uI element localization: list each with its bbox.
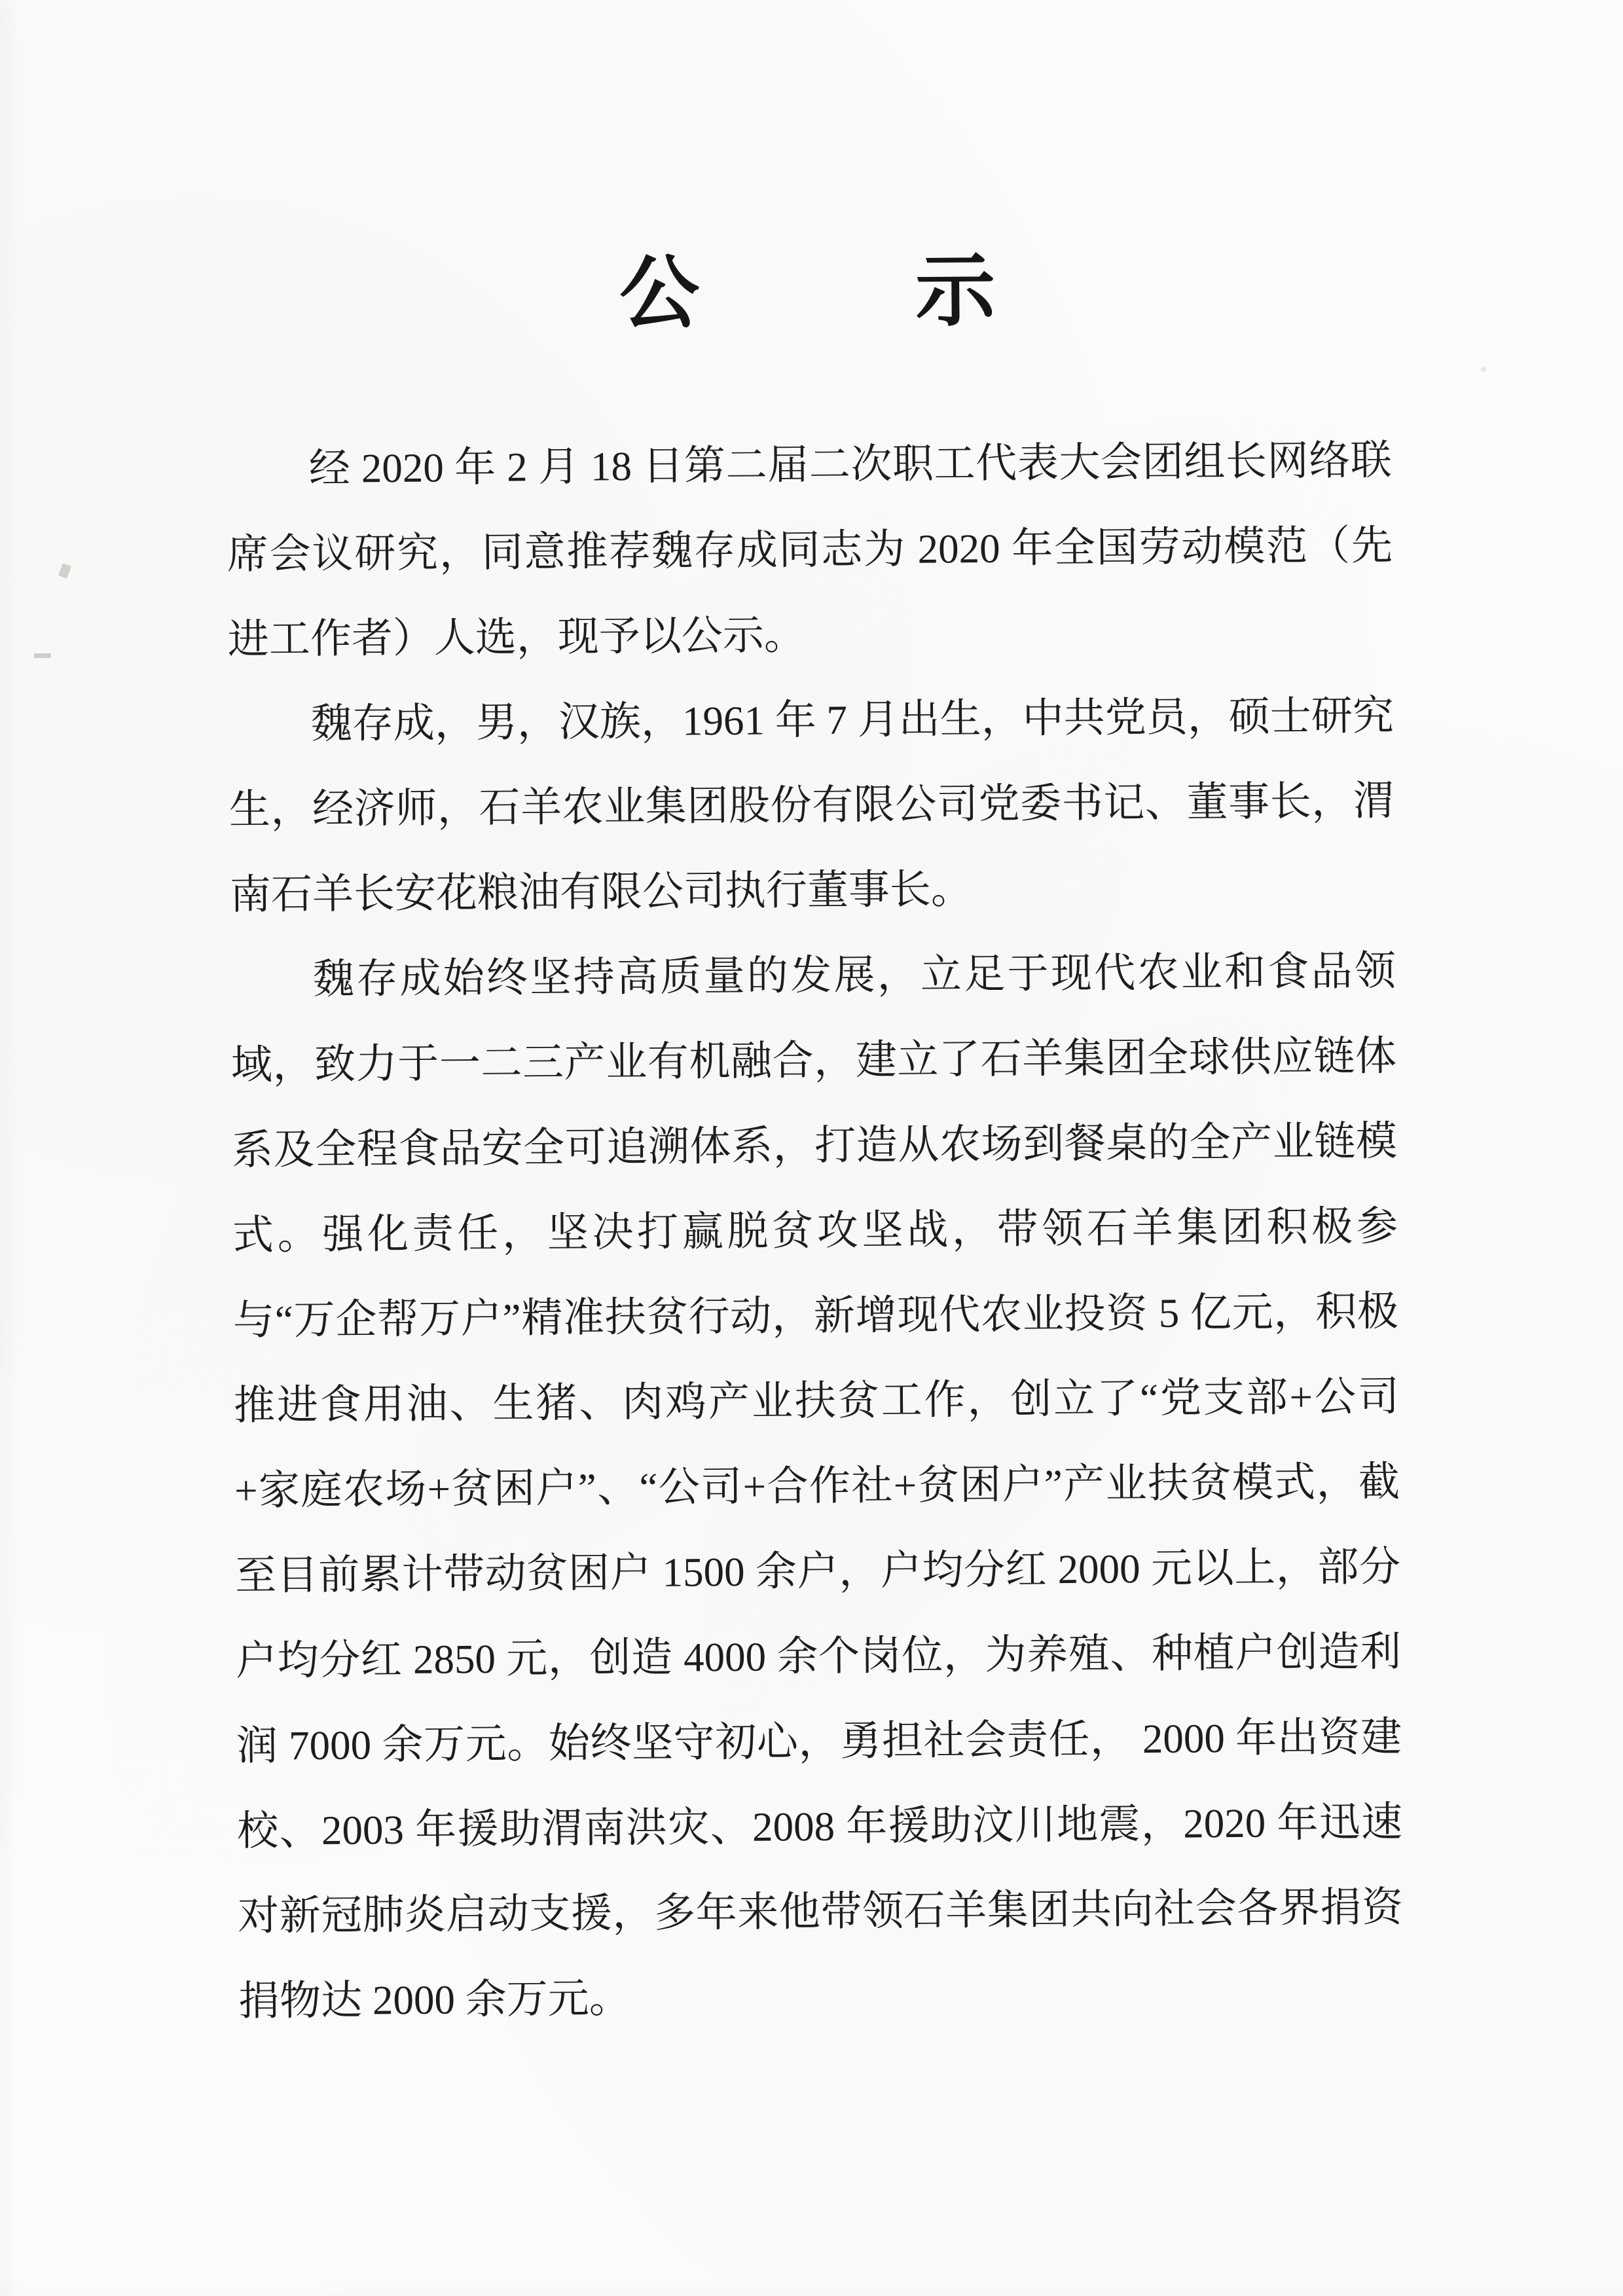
paragraph-3: 魏存成始终坚持高质量的发展，立足于现代农业和食品领域，致力于一二三产业有机融合，… (230, 928, 1404, 2044)
paragraph-2: 魏存成，男，汉族，1961 年 7 月出生，中共党员，硕士研究生，经济师，石羊农… (228, 673, 1395, 938)
scanned-notice-page: 公 示 经 2020 年 2 月 18 日第二届二次职工代表大会团组长网络联席会… (0, 0, 1623, 2296)
document-content: 公 示 经 2020 年 2 月 18 日第二届二次职工代表大会团组长网络联席会… (0, 0, 1623, 2046)
document-body: 经 2020 年 2 月 18 日第二届二次职工代表大会团组长网络联席会议研究，… (226, 418, 1404, 2044)
document-title: 公 示 (0, 229, 1619, 340)
title-char-left: 公 (619, 228, 699, 344)
scan-speck (34, 653, 51, 658)
paragraph-1: 经 2020 年 2 月 18 日第二届二次职工代表大会团组长网络联席会议研究，… (226, 418, 1393, 682)
scan-speck (1481, 367, 1486, 372)
title-char-right: 示 (915, 226, 995, 341)
